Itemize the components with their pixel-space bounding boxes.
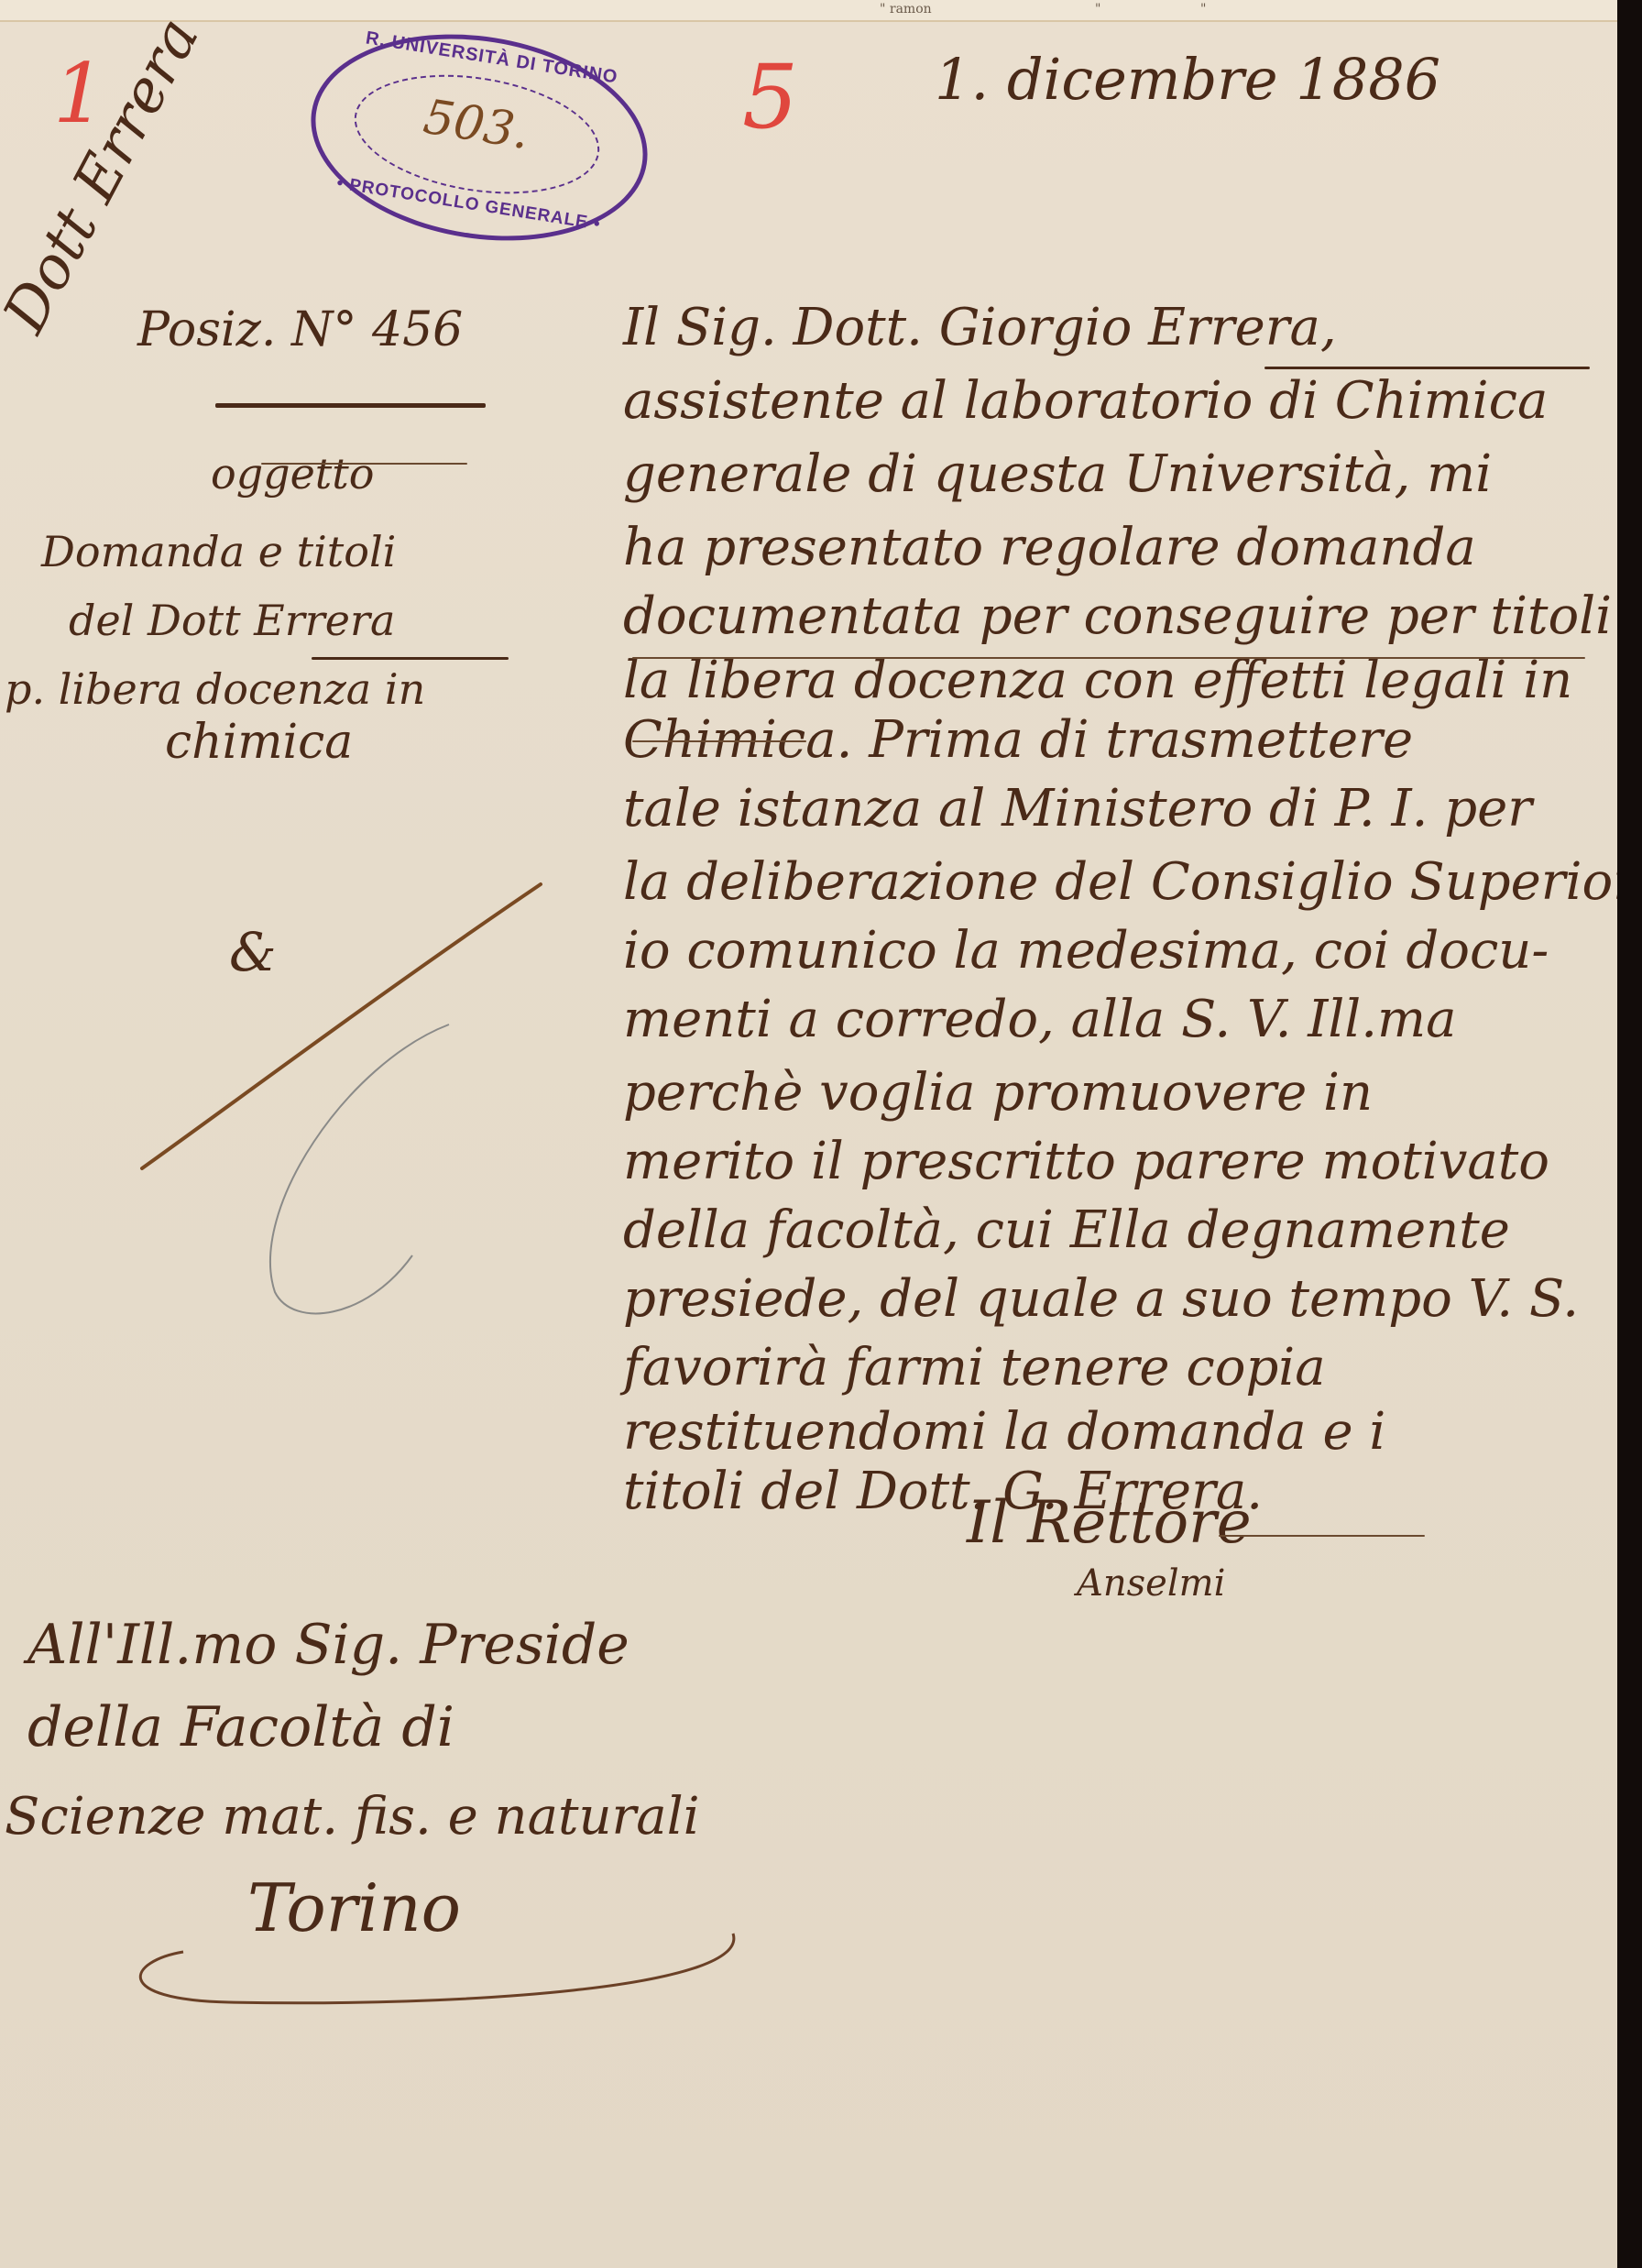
docenza-underline [632,657,1585,659]
dark-background-edge [1617,0,1642,2268]
body-line: tale istanza al Ministero di P. I. per [623,779,1532,838]
body-line: merito il prescritto parere motivato [623,1132,1549,1191]
body-line: perchè voglia promuovere in [623,1063,1373,1123]
body-line: menti a corredo, alla S. V. Ill.ma [623,990,1456,1049]
margin-pencil-marks [0,0,641,1329]
salutation-line: Il Sig. Dott. Giorgio Errera, [623,298,1337,357]
ampersand-mark: & [229,921,277,983]
body-line: della facoltà, cui Ella degnamente [623,1200,1510,1260]
city-flourish [0,1906,825,2016]
body-line: la deliberazione del Consiglio Superiore… [623,852,1642,912]
body-line: documentata per conseguire per titoli [623,586,1612,646]
body-line: ha presentato regolare domanda [623,518,1476,577]
surname-underline [1264,367,1590,369]
body-line: presiede, del quale a suo tempo V. S. [623,1269,1579,1329]
body-line: la libera docenza con effetti legali in [623,651,1572,710]
address-line: della Facoltà di [27,1695,454,1759]
letter-sheet: " ramon " " 1 5 Dott Errera R. UNIVERSIT… [0,0,1617,2268]
strip-fragment: " ramon [880,2,932,16]
body-line: generale di questa Università, mi [623,444,1492,504]
signature-name: Anselmi [1077,1562,1225,1605]
chimica-underline [632,740,806,742]
body-line: assistente al laboratorio di Chimica [623,371,1548,431]
body-line: restituendomi la domanda e i [623,1402,1385,1462]
strip-fragment: " [1200,2,1206,16]
strip-fragment: " [1095,2,1100,16]
body-line: favorirà farmi tenere copia [623,1338,1326,1397]
address-line: All'Ill.mo Sig. Preside [27,1613,629,1677]
red-sequence-number: 5 [742,46,798,148]
address-line: Scienze mat. fis. e naturali [5,1787,700,1846]
letter-date: 1. dicembre 1886 [935,46,1440,113]
body-line: io comunico la medesima, coi docu- [623,921,1549,981]
signature-title: Il Rettore [967,1489,1252,1557]
signature-flourish [1219,1535,1425,1537]
